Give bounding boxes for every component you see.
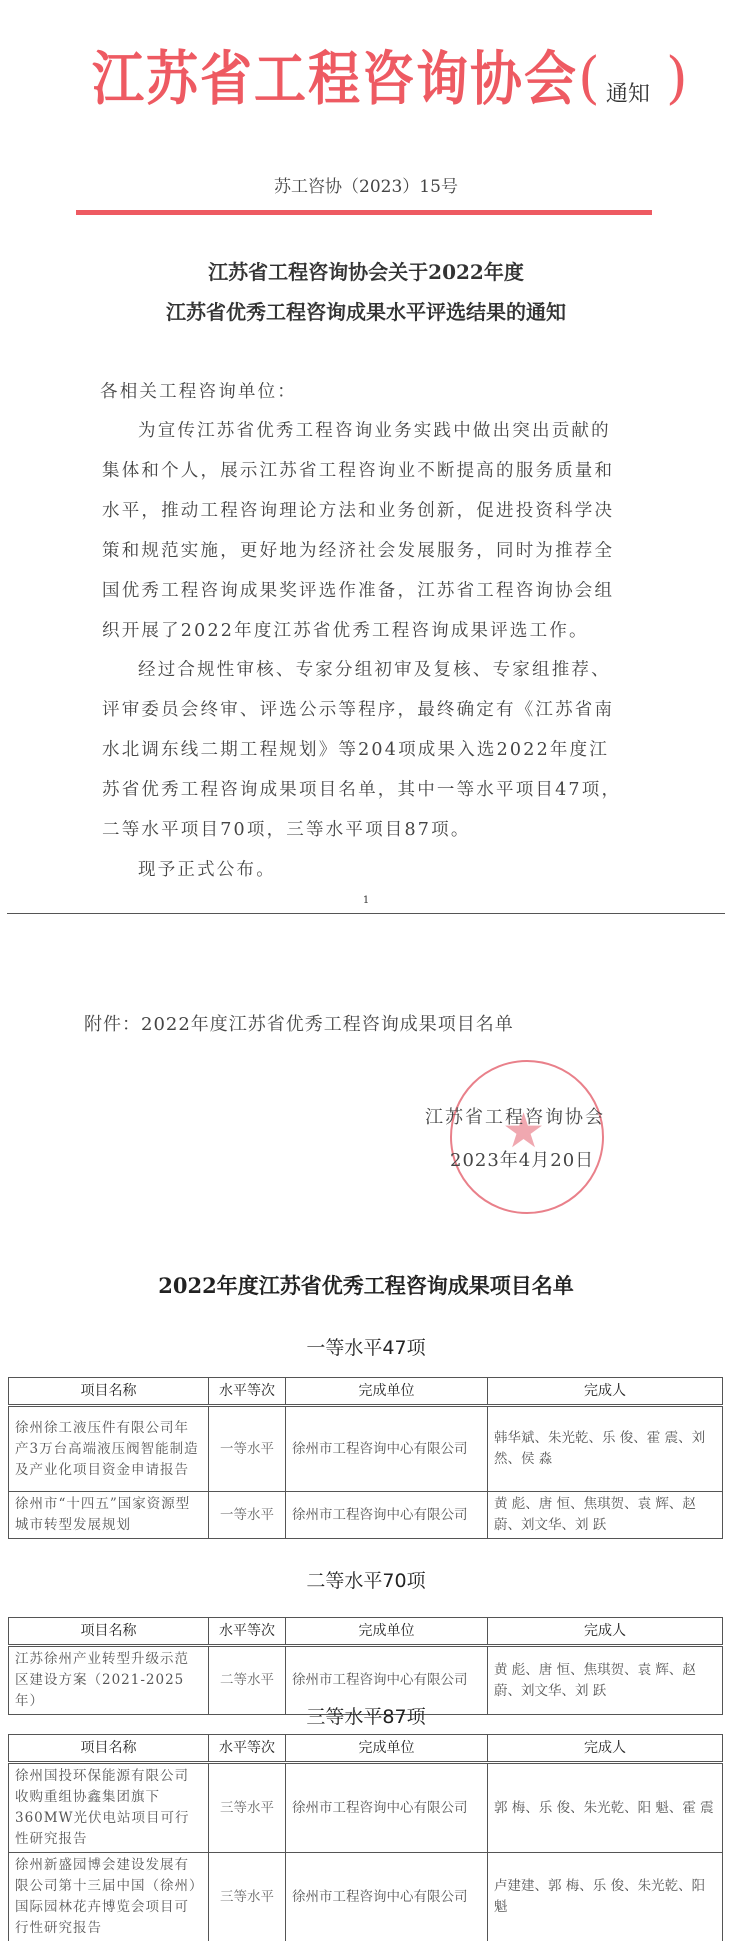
header-people: 完成人 (488, 1618, 723, 1646)
project-unit: 徐州市工程咨询中心有限公司 (286, 1763, 488, 1853)
body-paragraph-2: 经过合规性审核、专家分组初审及复核、专家组推荐、评审委员会终审、评选公示等程序，… (102, 650, 622, 850)
attachment-line: 附件：2022年度江苏省优秀工程咨询成果项目名单 (84, 1010, 514, 1036)
list-title: 2022年度江苏省优秀工程咨询成果项目名单 (0, 1270, 732, 1300)
table-row: 徐州新盛园博会建设发展有限公司第十三届中国（徐州）国际园林花卉博览会项目可行性研… (9, 1853, 723, 1941)
signer-org: 江苏省工程咨询协会 (425, 1103, 605, 1129)
table-header-row: 项目名称 水平等次 完成单位 完成人 (9, 1378, 723, 1406)
table-header-row: 项目名称 水平等次 完成单位 完成人 (9, 1735, 723, 1763)
official-seal: ★ (450, 1060, 604, 1214)
red-divider (76, 210, 652, 215)
header-level: 水平等次 (209, 1618, 286, 1646)
document-number: 苏工咨协（2023）15号 (0, 172, 732, 197)
notice-title-line2: 江苏省优秀工程咨询成果水平评选结果的通知 (0, 296, 732, 325)
table-row: 徐州市“十四五”国家资源型城市转型发展规划 一等水平 徐州市工程咨询中心有限公司… (9, 1492, 723, 1539)
header-people: 完成人 (488, 1735, 723, 1763)
masthead-close-paren: ) (666, 44, 688, 114)
header-people: 完成人 (488, 1378, 723, 1406)
salutation: 各相关工程咨询单位： (100, 372, 620, 412)
project-name: 徐州徐工液压件有限公司年产3万台高端液压阀智能制造及产业化项目资金申请报告 (9, 1406, 209, 1492)
project-name: 徐州新盛园博会建设发展有限公司第十三届中国（徐州）国际园林花卉博览会项目可行性研… (9, 1853, 209, 1941)
body-paragraph-3: 现予正式公布。 (102, 850, 622, 890)
table-second-grade: 项目名称 水平等次 完成单位 完成人 江苏徐州产业转型升级示范区建设方案（202… (8, 1617, 723, 1715)
masthead-org-name: 江苏省工程咨询协会 (92, 41, 578, 119)
header-level: 水平等次 (209, 1735, 286, 1763)
header-level: 水平等次 (209, 1378, 286, 1406)
project-level: 三等水平 (209, 1853, 286, 1941)
grade-heading-third: 三等水平87项 (0, 1702, 732, 1729)
body-paragraph-1: 为宣传江苏省优秀工程咨询业务实践中做出突出贡献的集体和个人，展示江苏省工程咨询业… (102, 411, 622, 651)
header-project-name: 项目名称 (9, 1735, 209, 1763)
table-third-grade: 项目名称 水平等次 完成单位 完成人 徐州国投环保能源有限公司收购重组协鑫集团旗… (8, 1734, 723, 1941)
grade-heading-first: 一等水平47项 (0, 1333, 732, 1360)
project-people: 韩华斌、朱光乾、乐 俊、霍 震、刘 然、侯 淼 (488, 1406, 723, 1492)
header-project-name: 项目名称 (9, 1378, 209, 1406)
notice-title-line1: 江苏省工程咨询协会关于2022年度 (0, 256, 732, 285)
header-unit: 完成单位 (286, 1735, 488, 1763)
table-header-row: 项目名称 水平等次 完成单位 完成人 (9, 1618, 723, 1646)
page-break-rule (7, 913, 725, 914)
table-row: 徐州国投环保能源有限公司收购重组协鑫集团旗下360MW光伏电站项目可行性研究报告… (9, 1763, 723, 1853)
project-people: 郭 梅、乐 俊、朱光乾、阳 魁、霍 震 (488, 1763, 723, 1853)
project-unit: 徐州市工程咨询中心有限公司 (286, 1492, 488, 1539)
project-level: 三等水平 (209, 1763, 286, 1853)
project-unit: 徐州市工程咨询中心有限公司 (286, 1853, 488, 1941)
project-level: 一等水平 (209, 1492, 286, 1539)
signature-date: 2023年4月20日 (450, 1146, 594, 1172)
table-row: 徐州徐工液压件有限公司年产3万台高端液压阀智能制造及产业化项目资金申请报告 一等… (9, 1406, 723, 1492)
header-project-name: 项目名称 (9, 1618, 209, 1646)
project-name: 徐州市“十四五”国家资源型城市转型发展规划 (9, 1492, 209, 1539)
header-unit: 完成单位 (286, 1378, 488, 1406)
table-first-grade: 项目名称 水平等次 完成单位 完成人 徐州徐工液压件有限公司年产3万台高端液压阀… (8, 1377, 723, 1539)
masthead-doc-type: 通知 (606, 82, 650, 107)
project-name: 徐州国投环保能源有限公司收购重组协鑫集团旗下360MW光伏电站项目可行性研究报告 (9, 1763, 209, 1853)
masthead: 江苏省工程咨询协会(通知) (92, 44, 652, 114)
project-unit: 徐州市工程咨询中心有限公司 (286, 1406, 488, 1492)
page-number: 1 (0, 895, 732, 906)
header-unit: 完成单位 (286, 1618, 488, 1646)
project-people: 黄 彪、唐 恒、焦琪贺、袁 辉、赵 蔚、刘文华、刘 跃 (488, 1492, 723, 1539)
project-people: 卢建建、郭 梅、乐 俊、朱光乾、阳 魁 (488, 1853, 723, 1941)
project-level: 一等水平 (209, 1406, 286, 1492)
grade-heading-second: 二等水平70项 (0, 1566, 732, 1593)
masthead-open-paren: ( (578, 44, 600, 114)
